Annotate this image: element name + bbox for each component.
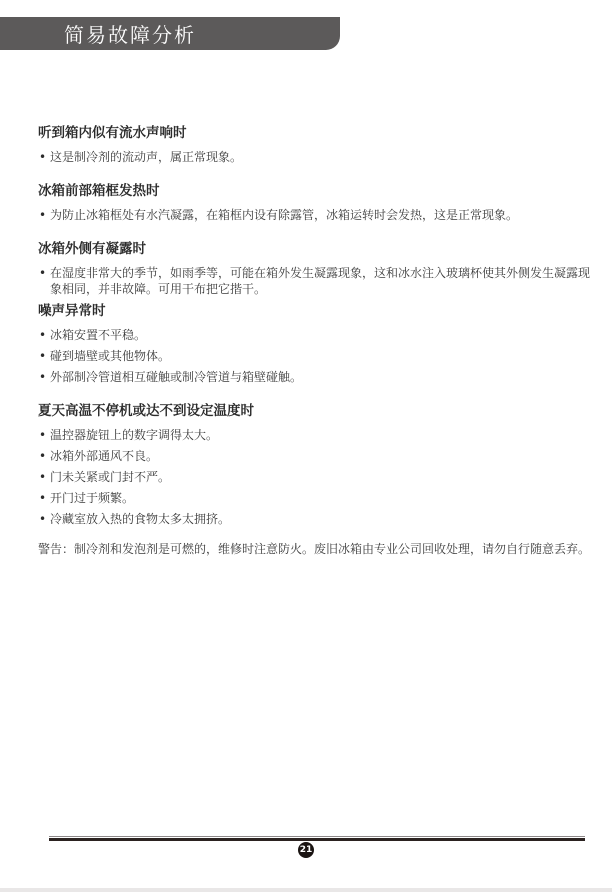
section-heading: 冰箱前部箱框发热时 — [38, 182, 594, 200]
bottom-edge-strip — [0, 888, 612, 892]
bullet-item: 在湿度非常大的季节，如雨季等，可能在箱外发生凝露现象，这和冰水注入玻璃杯使其外侧… — [38, 265, 594, 297]
section-heading: 听到箱内似有流水声响时 — [38, 124, 594, 142]
content: 听到箱内似有流水声响时这是制冷剂的流动声，属正常现象。冰箱前部箱框发热时为防止冰… — [38, 124, 594, 570]
bullet-list: 温控器旋钮上的数字调得太大。冰箱外部通风不良。门未关紧或门封不严。开门过于频繁。… — [38, 427, 594, 527]
section-heading: 冰箱外侧有凝露时 — [38, 240, 594, 258]
bullet-item: 冰箱安置不平稳。 — [38, 327, 594, 343]
bullet-item: 为防止冰箱框处有水汽凝露，在箱框内设有除露管，冰箱运转时会发热，这是正常现象。 — [38, 207, 594, 223]
bullet-item: 这是制冷剂的流动声，属正常现象。 — [38, 149, 594, 165]
sections: 听到箱内似有流水声响时这是制冷剂的流动声，属正常现象。冰箱前部箱框发热时为防止冰… — [38, 124, 594, 527]
page-number-badge: 21 — [298, 842, 314, 858]
bullet-item: 开门过于频繁。 — [38, 490, 594, 506]
page-title: 简易故障分析 — [64, 19, 196, 48]
bullet-list: 为防止冰箱框处有水汽凝露，在箱框内设有除露管，冰箱运转时会发热，这是正常现象。 — [38, 207, 594, 223]
warning-text: 警告：制冷剂和发泡剂是可燃的，维修时注意防火。废旧冰箱由专业公司回收处理，请勿自… — [38, 541, 594, 558]
section-heading: 噪声异常时 — [38, 302, 594, 320]
section: 冰箱前部箱框发热时为防止冰箱框处有水汽凝露，在箱框内设有除露管，冰箱运转时会发热… — [38, 182, 594, 223]
bullet-item: 冷藏室放入热的食物太多太拥挤。 — [38, 511, 594, 527]
bullet-item: 门未关紧或门封不严。 — [38, 469, 594, 485]
section: 夏天高温不停机或达不到设定温度时温控器旋钮上的数字调得太大。冰箱外部通风不良。门… — [38, 402, 594, 527]
section: 听到箱内似有流水声响时这是制冷剂的流动声，属正常现象。 — [38, 124, 594, 165]
section: 冰箱外侧有凝露时在湿度非常大的季节，如雨季等，可能在箱外发生凝露现象，这和冰水注… — [38, 240, 594, 297]
page-number: 21 — [300, 846, 313, 855]
header-bar: 简易故障分析 — [0, 17, 340, 50]
bullet-list: 这是制冷剂的流动声，属正常现象。 — [38, 149, 594, 165]
bullet-item: 碰到墙壁或其他物体。 — [38, 348, 594, 364]
footer-rule — [49, 836, 585, 841]
bullet-item: 外部制冷管道相互碰触或制冷管道与箱壁碰触。 — [38, 369, 594, 385]
bullet-list: 在湿度非常大的季节，如雨季等，可能在箱外发生凝露现象，这和冰水注入玻璃杯使其外侧… — [38, 265, 594, 297]
section-heading: 夏天高温不停机或达不到设定温度时 — [38, 402, 594, 420]
bullet-list: 冰箱安置不平稳。碰到墙壁或其他物体。外部制冷管道相互碰触或制冷管道与箱壁碰触。 — [38, 327, 594, 385]
footer-rule-dark — [49, 838, 585, 841]
bullet-item: 温控器旋钮上的数字调得太大。 — [38, 427, 594, 443]
bullet-item: 冰箱外部通风不良。 — [38, 448, 594, 464]
manual-page: 简易故障分析 听到箱内似有流水声响时这是制冷剂的流动声，属正常现象。冰箱前部箱框… — [0, 0, 612, 892]
section: 噪声异常时冰箱安置不平稳。碰到墙壁或其他物体。外部制冷管道相互碰触或制冷管道与箱… — [38, 302, 594, 385]
